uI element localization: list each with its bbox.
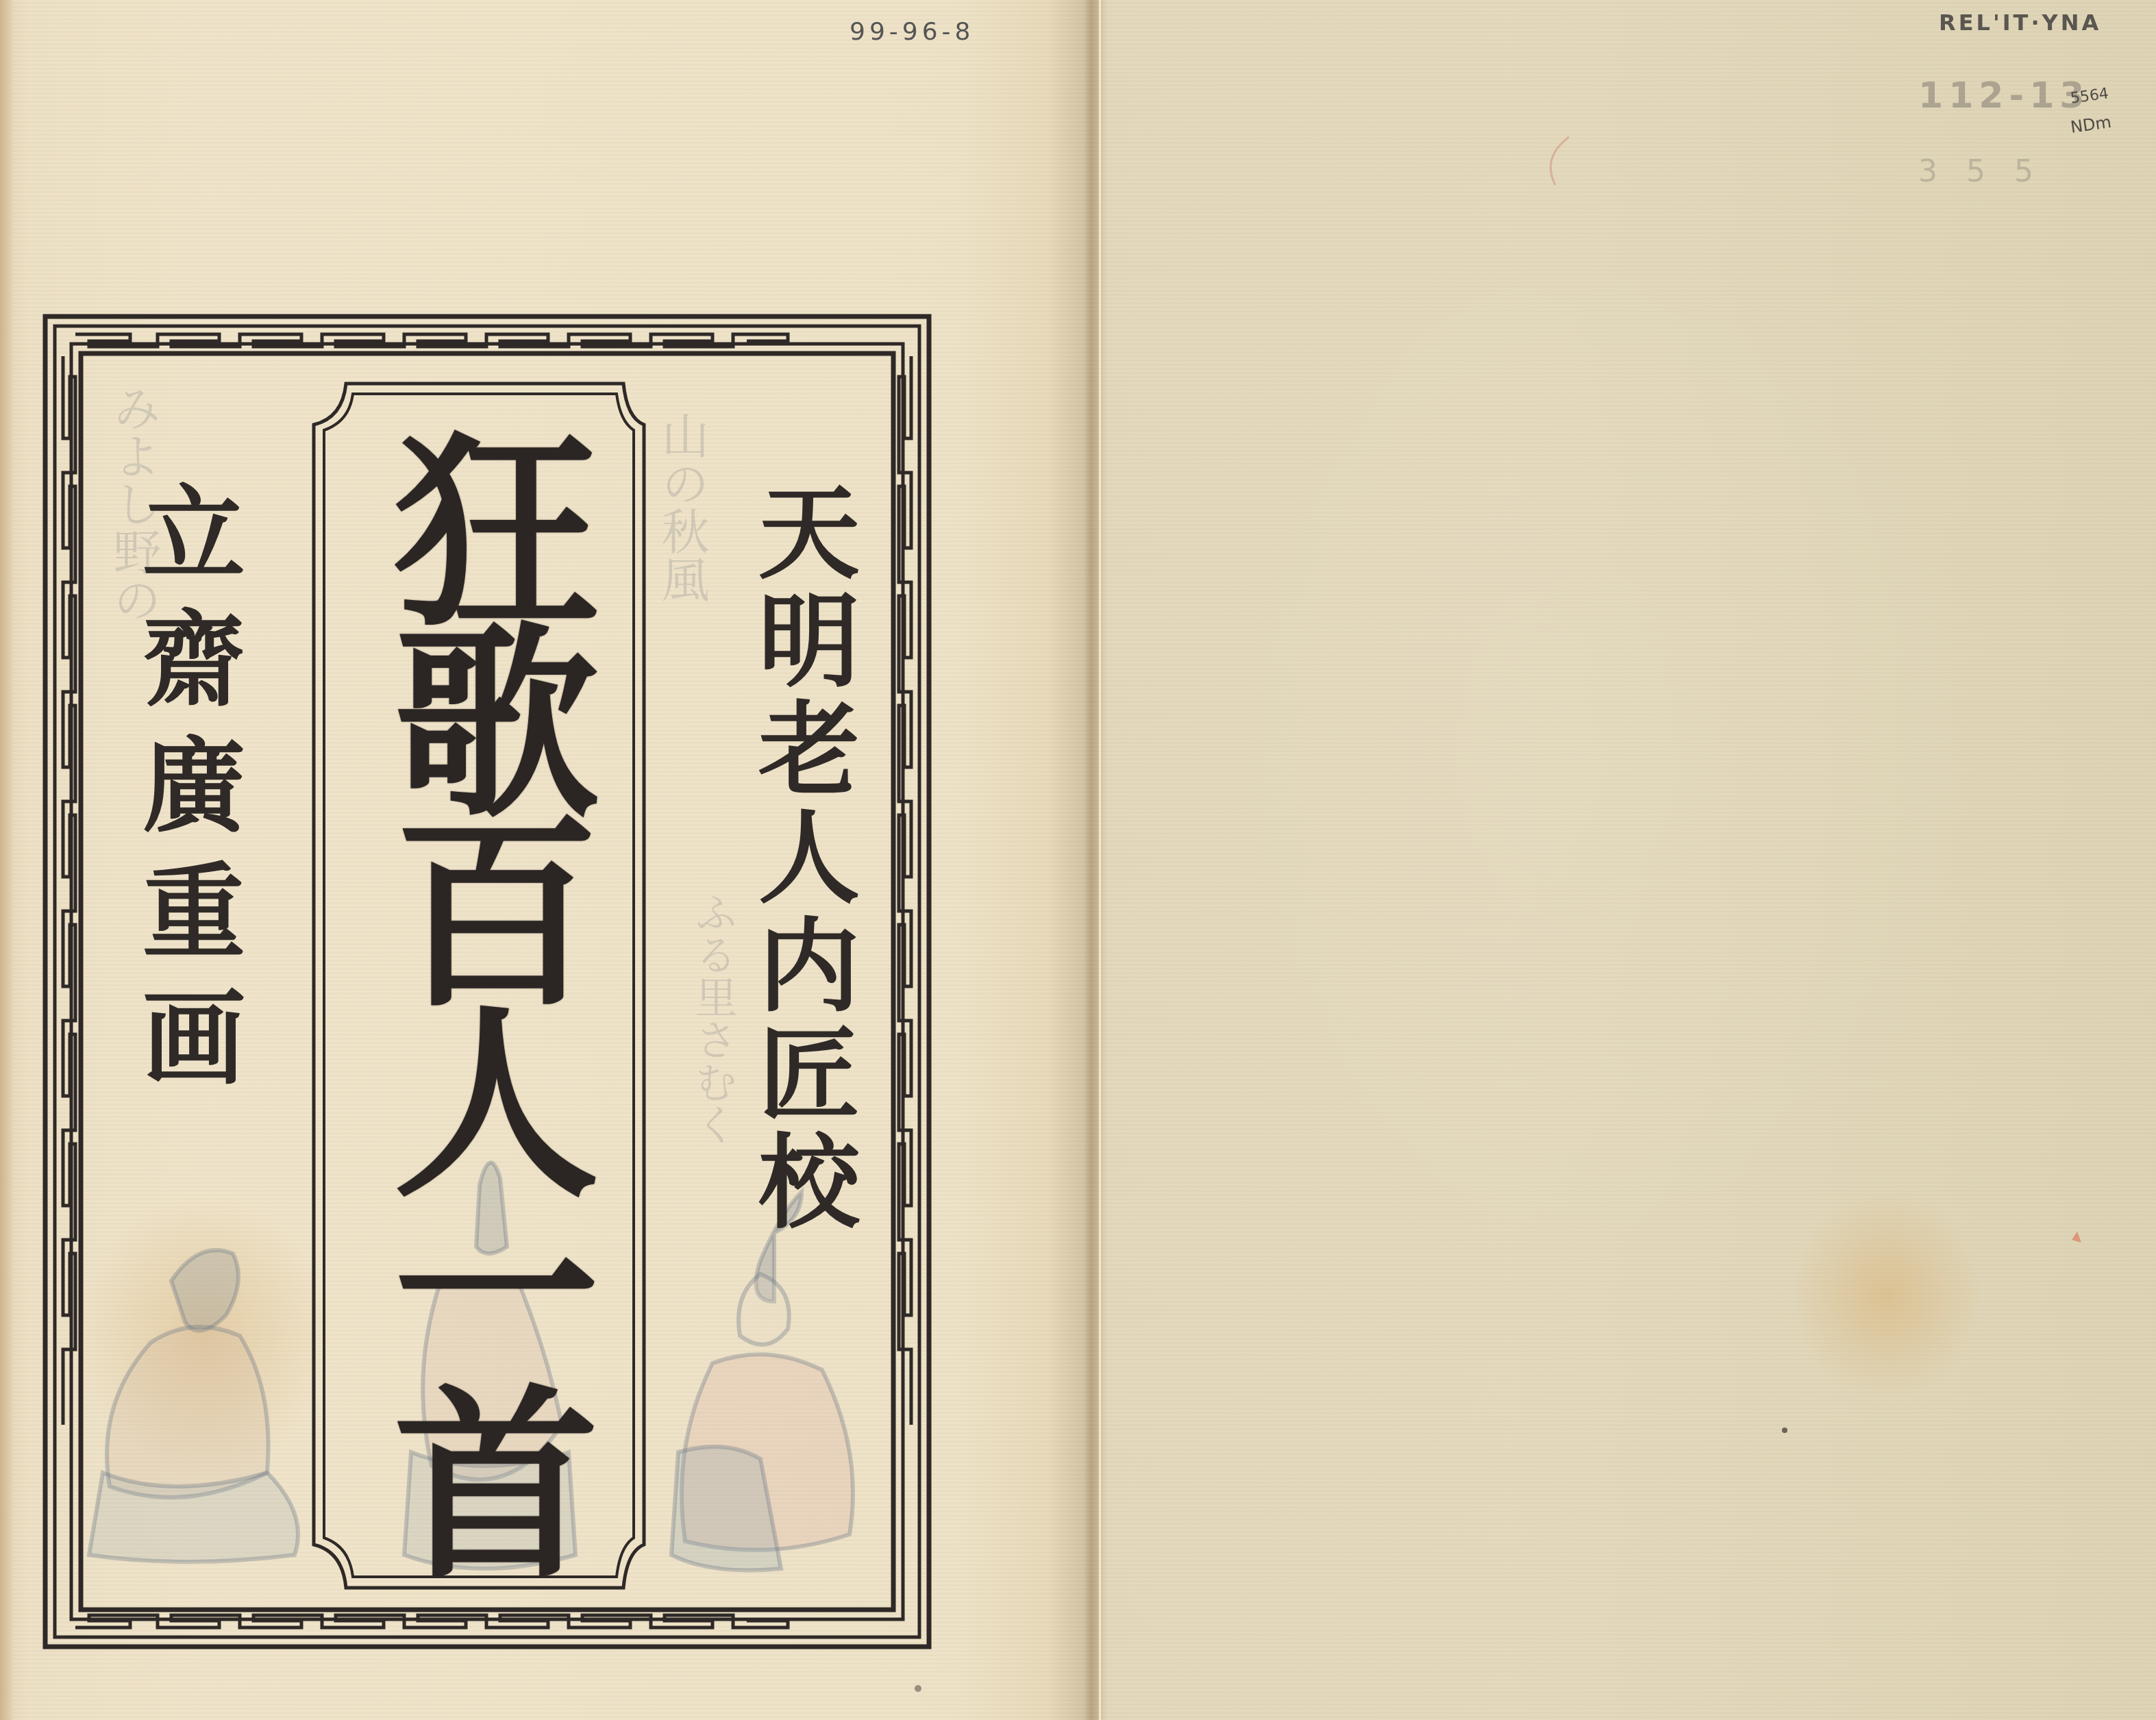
ink-speck [915,1685,921,1692]
red-speck [2072,1232,2081,1243]
paper-marks [0,0,2156,1720]
red-fiber-mark [1550,137,1569,185]
speck [1782,1428,1787,1433]
